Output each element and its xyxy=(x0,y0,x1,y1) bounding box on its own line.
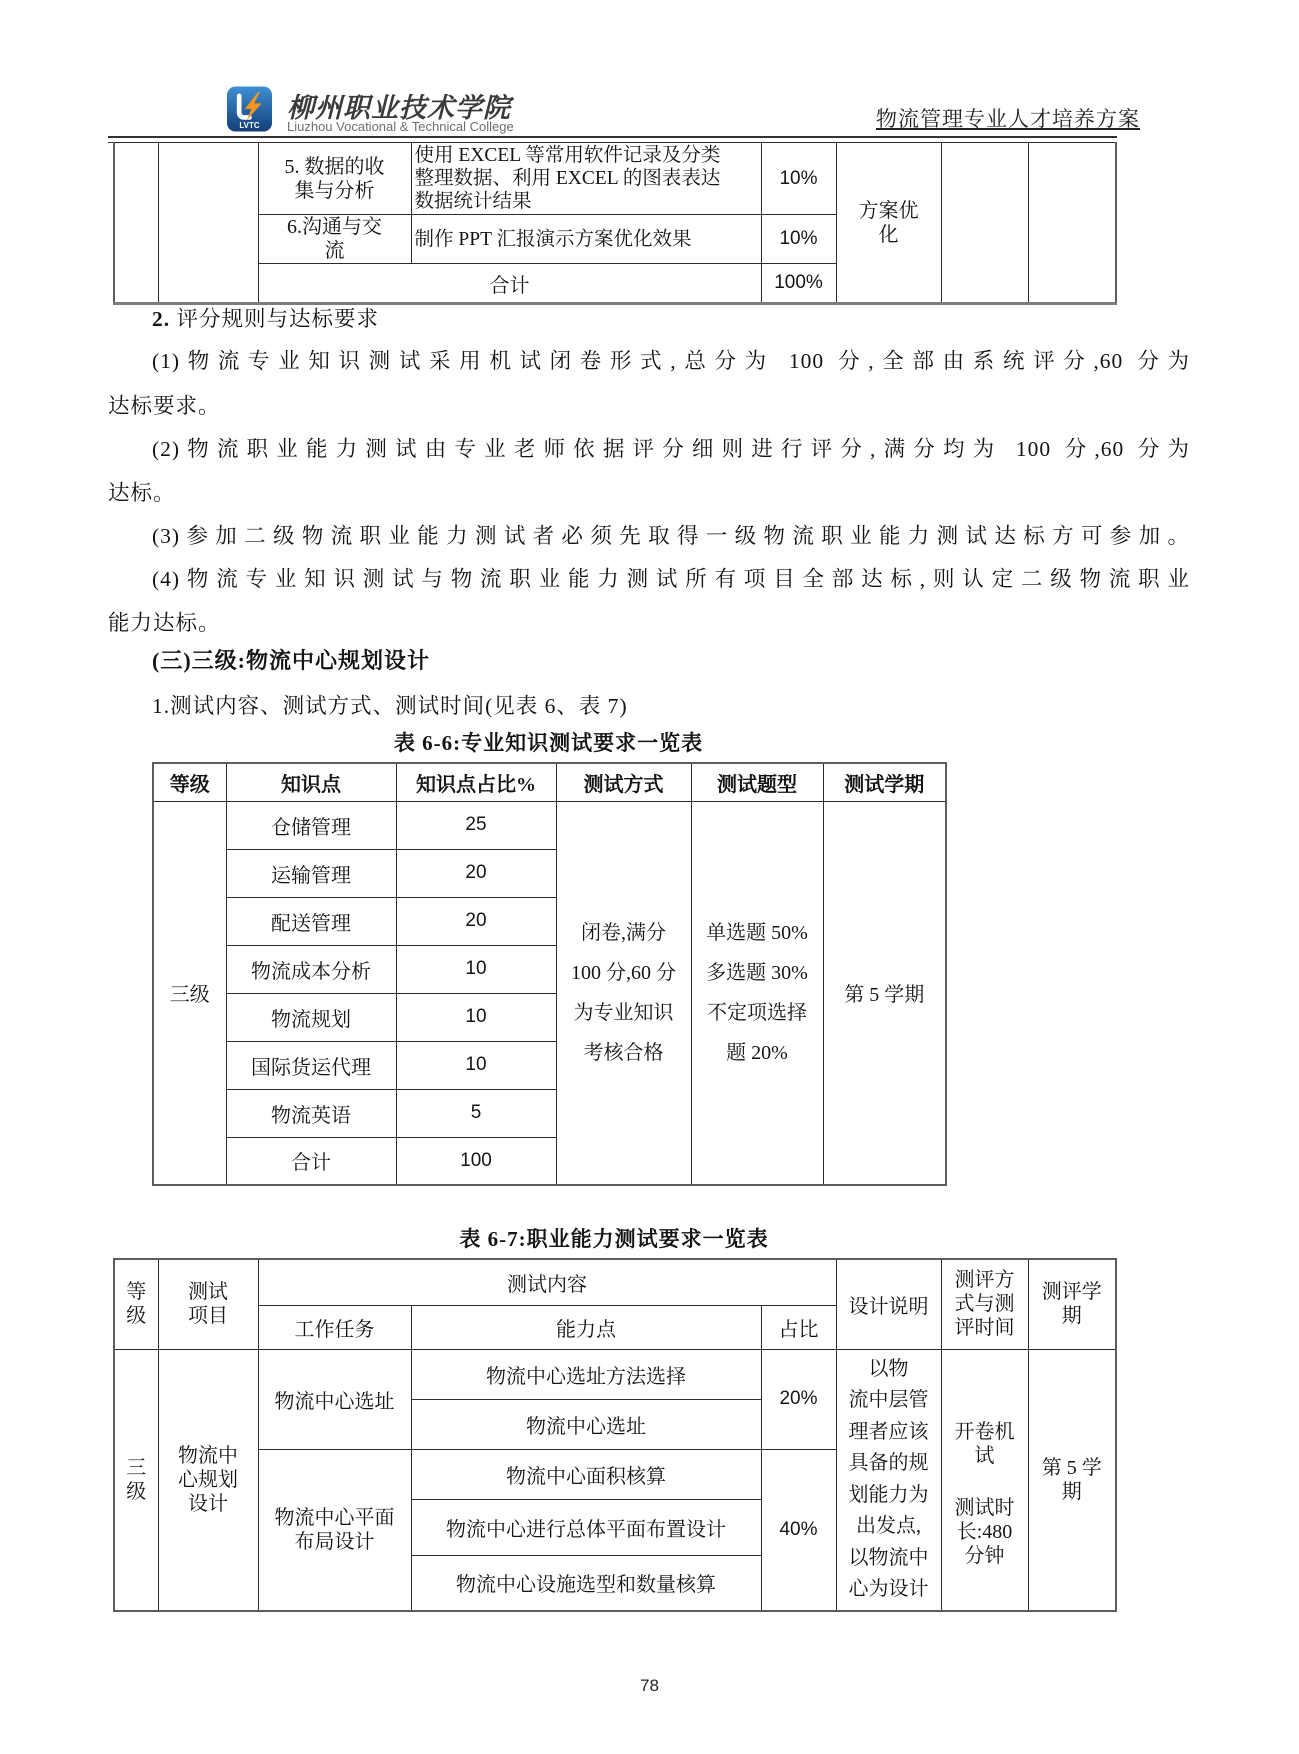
level-line: 级 xyxy=(118,1480,155,1504)
design-note-cell: 以物 流中层管 理者应该 具备的规 划能力为 出发点, 以物流中 心为设计 xyxy=(836,1349,941,1611)
design-line: 具备的规 xyxy=(840,1448,938,1480)
header-line: 测评方 xyxy=(945,1268,1025,1292)
col-header: 知识点 xyxy=(226,763,396,801)
table-row: 5. 数据的收 集与分析 使用 EXCEL 等常用软件记录及分类 整理数据、利用… xyxy=(114,143,1116,215)
task-line: 布局设计 xyxy=(262,1530,408,1554)
col-header-ability: 能力点 xyxy=(411,1305,761,1349)
cont-ability-cell: 使用 EXCEL 等常用软件记录及分类 整理数据、利用 EXCEL 的图表表达 … xyxy=(411,143,761,215)
knowledge-cell: 物流规划 xyxy=(226,993,396,1041)
design-line: 理者应该 xyxy=(840,1417,938,1449)
cont-method-cell xyxy=(941,143,1028,304)
svg-text:LVTC: LVTC xyxy=(239,121,259,130)
project-cell: 物流中 心规划 设计 xyxy=(158,1349,258,1611)
table66-title: 表 6-6:专业知识测试要求一览表 xyxy=(152,728,945,758)
spacer xyxy=(945,1468,1025,1496)
task-line: 集与分析 xyxy=(262,179,408,203)
method-cell: 开卷机 试 测试时 长:480 分钟 xyxy=(941,1349,1028,1611)
section2-number: 2. xyxy=(152,307,170,331)
method-line: 为专业知识 xyxy=(560,993,688,1033)
total-value-cell: 100 xyxy=(396,1137,556,1185)
method-cell: 闭卷,满分 100 分,60 分 为专业知识 考核合格 xyxy=(556,801,691,1185)
project-line: 设计 xyxy=(162,1492,255,1516)
paragraph-line: 达标。 xyxy=(108,477,176,509)
method-line: 分钟 xyxy=(945,1544,1025,1568)
cont-total-percent-cell: 100% xyxy=(761,264,836,304)
doc-title: 物流管理专业人才培养方案 xyxy=(876,103,1140,131)
method-line: 考核合格 xyxy=(560,1033,688,1073)
ability-line: 数据统计结果 xyxy=(415,190,758,213)
cont-percent-cell: 10% xyxy=(761,215,836,264)
total-label-cell: 合计 xyxy=(226,1137,396,1185)
qtype-line: 题 20% xyxy=(695,1033,820,1073)
ratio-cell: 10 xyxy=(396,993,556,1041)
project-line: 心规划 xyxy=(162,1468,255,1492)
semester-cell: 第 5 学 期 xyxy=(1028,1349,1116,1611)
design-line: 以物流中 xyxy=(840,1543,938,1575)
ratio-cell: 25 xyxy=(396,801,556,849)
cont-project-cell xyxy=(158,143,258,304)
task-line: 流 xyxy=(262,239,408,263)
paragraph-line: 能力达标。 xyxy=(108,607,221,639)
col-header: 等级 xyxy=(153,763,226,801)
header-line: 项目 xyxy=(162,1304,255,1328)
col-header: 测试学期 xyxy=(823,763,946,801)
method-line: 100 分,60 分 xyxy=(560,953,688,993)
section2-heading: 2. 评分规则与达标要求 xyxy=(152,303,379,335)
header-line: 评时间 xyxy=(945,1316,1025,1340)
paragraph-line: (4)物流专业知识测试与物流职业能力测试所有项目全部达标,则认定二级物流职业 xyxy=(152,563,1190,595)
college-logo-icon: LVTC xyxy=(227,86,272,132)
design-line: 化 xyxy=(840,223,938,247)
header-line: 测试 xyxy=(162,1280,255,1304)
knowledge-cell: 国际货运代理 xyxy=(226,1041,396,1089)
ratio-cell: 10 xyxy=(396,1041,556,1089)
cont-design-cell: 方案优 化 xyxy=(836,143,941,304)
design-line: 出发点, xyxy=(840,1511,938,1543)
question-type-cell: 单选题 50% 多选题 30% 不定项选择 题 20% xyxy=(691,801,823,1185)
table-header-row: 等 级 测试 项目 测试内容 设计说明 测评方 式与测 评时间 测评学 期 xyxy=(114,1259,1116,1305)
semester-cell: 第 5 学期 xyxy=(823,801,946,1185)
ability-cell: 物流中心进行总体平面布置设计 xyxy=(411,1499,761,1555)
design-line: 心为设计 xyxy=(840,1574,938,1606)
section3-subheading: 1.测试内容、测试方式、测试时间(见表 6、表 7) xyxy=(152,690,628,722)
ability-cell: 物流中心选址方法选择 xyxy=(411,1349,761,1399)
header-line: 期 xyxy=(1032,1304,1113,1328)
col-header: 知识点占比% xyxy=(396,763,556,801)
table-header-row: 等级 知识点 知识点占比% 测试方式 测试题型 测试学期 xyxy=(153,763,946,801)
knowledge-cell: 运输管理 xyxy=(226,849,396,897)
semester-line: 第 5 学 xyxy=(1032,1456,1113,1480)
ability-cell: 物流中心选址 xyxy=(411,1399,761,1449)
ability-test-table: 等 级 测试 项目 测试内容 设计说明 测评方 式与测 评时间 测评学 期 工作… xyxy=(113,1258,1117,1612)
col-header: 测试题型 xyxy=(691,763,823,801)
cont-ability-cell: 制作 PPT 汇报演示方案优化效果 xyxy=(411,215,761,264)
col-header-level: 等 级 xyxy=(114,1259,158,1349)
continuation-table: 5. 数据的收 集与分析 使用 EXCEL 等常用软件记录及分类 整理数据、利用… xyxy=(113,142,1117,305)
col-header-semester: 测评学 期 xyxy=(1028,1259,1116,1349)
col-header-design: 设计说明 xyxy=(836,1259,941,1349)
cont-total-label-cell: 合计 xyxy=(258,264,761,304)
task-line: 物流中心平面 xyxy=(262,1506,408,1530)
col-header-ratio: 占比 xyxy=(761,1305,836,1349)
header-line: 级 xyxy=(118,1304,155,1328)
col-header-content: 测试内容 xyxy=(258,1259,836,1305)
percent-cell: 40% xyxy=(761,1449,836,1611)
knowledge-cell: 物流成本分析 xyxy=(226,945,396,993)
header-line: 测评学 xyxy=(1032,1280,1113,1304)
knowledge-cell: 配送管理 xyxy=(226,897,396,945)
task-line: 5. 数据的收 xyxy=(262,155,408,179)
ability-cell: 物流中心设施选型和数量核算 xyxy=(411,1555,761,1611)
method-line: 闭卷,满分 xyxy=(560,913,688,953)
task-cell: 物流中心平面 布局设计 xyxy=(258,1449,411,1611)
col-header-task: 工作任务 xyxy=(258,1305,411,1349)
task-cell: 物流中心选址 xyxy=(258,1349,411,1449)
table67-title: 表 6-7:职业能力测试要求一览表 xyxy=(113,1224,1115,1254)
cont-percent-cell: 10% xyxy=(761,143,836,215)
design-line: 方案优 xyxy=(840,199,938,223)
ratio-cell: 5 xyxy=(396,1089,556,1137)
college-name-cn: 柳州职业技术学院 xyxy=(287,86,587,118)
cont-semester-cell xyxy=(1028,143,1116,304)
level-cell: 三级 xyxy=(153,801,226,1185)
paragraph-line: (2)物流职业能力测试由专业老师依据评分细则进行评分,满分均为 100 分,60… xyxy=(152,433,1190,465)
college-name-en: Liuzhou Vocational & Technical College xyxy=(287,119,587,135)
task-line: 6.沟通与交 xyxy=(262,215,408,239)
knowledge-cell: 物流英语 xyxy=(226,1089,396,1137)
page-number: 78 xyxy=(0,1676,1299,1696)
col-header: 测试方式 xyxy=(556,763,691,801)
cont-level-cell xyxy=(114,143,158,304)
header-line: 等 xyxy=(118,1280,155,1304)
ratio-cell: 20 xyxy=(396,849,556,897)
design-line: 流中层管 xyxy=(840,1385,938,1417)
section3-heading: (三)三级:物流中心规划设计 xyxy=(152,645,430,677)
method-line: 开卷机 xyxy=(945,1420,1025,1444)
method-line: 长:480 xyxy=(945,1520,1025,1544)
ability-line: 整理数据、利用 EXCEL 的图表表达 xyxy=(415,167,758,190)
paragraph-line: (1)物流专业知识测试采用机试闭卷形式,总分为 100 分,全部由系统评分,60… xyxy=(152,345,1190,377)
document-page: LVTC 柳州职业技术学院 Liuzhou Vocational & Techn… xyxy=(0,0,1299,1754)
qtype-line: 多选题 30% xyxy=(695,953,820,993)
level-cell: 三 级 xyxy=(114,1349,158,1611)
header-line: 式与测 xyxy=(945,1292,1025,1316)
ability-cell: 物流中心面积核算 xyxy=(411,1449,761,1499)
spacer xyxy=(945,1392,1025,1420)
ability-line: 制作 PPT 汇报演示方案优化效果 xyxy=(415,228,758,251)
col-header-method: 测评方 式与测 评时间 xyxy=(941,1259,1028,1349)
semester-line: 期 xyxy=(1032,1480,1113,1504)
qtype-line: 不定项选择 xyxy=(695,993,820,1033)
ability-line: 使用 EXCEL 等常用软件记录及分类 xyxy=(415,144,758,167)
knowledge-test-table: 等级 知识点 知识点占比% 测试方式 测试题型 测试学期 三级 仓储管理 25 … xyxy=(152,762,947,1186)
paragraph-line: 达标要求。 xyxy=(108,390,221,422)
table-row: 三级 仓储管理 25 闭卷,满分 100 分,60 分 为专业知识 考核合格 单… xyxy=(153,801,946,849)
col-header-project: 测试 项目 xyxy=(158,1259,258,1349)
qtype-line: 单选题 50% xyxy=(695,913,820,953)
design-line: 以物 xyxy=(840,1354,938,1386)
knowledge-cell: 仓储管理 xyxy=(226,801,396,849)
method-line: 测试时 xyxy=(945,1496,1025,1520)
cont-task-cell: 6.沟通与交 流 xyxy=(258,215,411,264)
section2-title: 评分规则与达标要求 xyxy=(177,307,380,331)
table-row: 三 级 物流中 心规划 设计 物流中心选址 物流中心选址方法选择 20% 以物 … xyxy=(114,1349,1116,1399)
ratio-cell: 10 xyxy=(396,945,556,993)
project-line: 物流中 xyxy=(162,1444,255,1468)
method-line: 试 xyxy=(945,1444,1025,1468)
percent-cell: 20% xyxy=(761,1349,836,1449)
ratio-cell: 20 xyxy=(396,897,556,945)
cont-task-cell: 5. 数据的收 集与分析 xyxy=(258,143,411,215)
paragraph-line: (3)参加二级物流职业能力测试者必须先取得一级物流职业能力测试达标方可参加。 xyxy=(152,520,1190,552)
level-line: 三 xyxy=(118,1456,155,1480)
design-line: 划能力为 xyxy=(840,1480,938,1512)
